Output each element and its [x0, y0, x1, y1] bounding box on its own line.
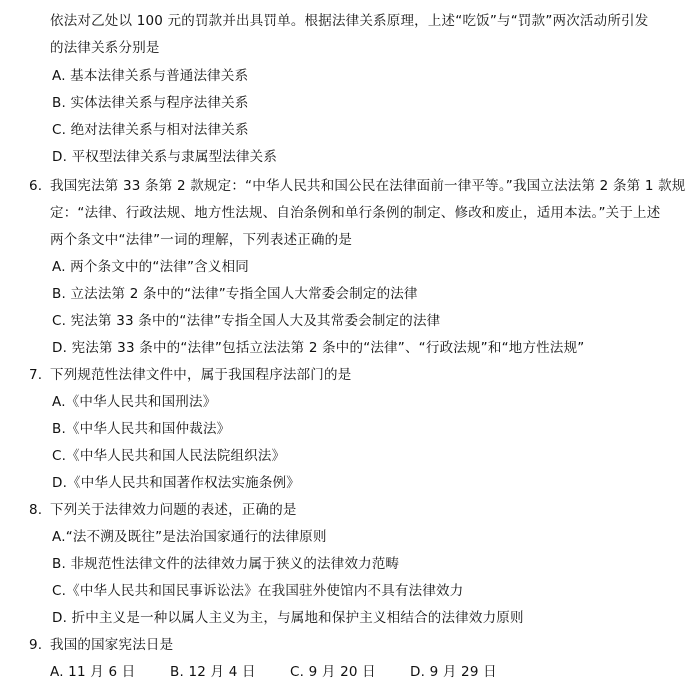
question-number: 6. — [29, 177, 42, 195]
option-d: D.《中华人民共和国著作权法实施条例》 — [52, 474, 300, 492]
option-c: C. 绝对法律关系与相对法律关系 — [52, 121, 249, 139]
option-b: B. 非规范性法律文件的法律效力属于狭义的法律效力范畴 — [52, 555, 399, 573]
question-number: 7. — [29, 366, 42, 384]
question-text-line: 定：“法律、行政法规、地方性法规、自治条例和单行条例的制定、修改和废止，适用本法… — [50, 204, 660, 222]
option-c: C. 宪法第 33 条中的“法律”专指全国人大及其常委会制定的法律 — [52, 312, 440, 330]
question-number: 8. — [29, 501, 42, 519]
option-a: A.《中华人民共和国刑法》 — [52, 393, 216, 411]
question-text-line: 的法律关系分别是 — [50, 39, 160, 57]
option-a: A. 两个条文中的“法律”含义相同 — [52, 258, 249, 276]
option-a: A. 11 月 6 日 — [50, 663, 135, 681]
option-b: B. 立法法第 2 条中的“法律”专指全国人大常委会制定的法律 — [52, 285, 418, 303]
option-c: C. 9 月 20 日 — [290, 663, 376, 681]
option-d: D. 9 月 29 日 — [410, 663, 497, 681]
question-text-line: 下列关于法律效力问题的表述，正确的是 — [50, 501, 297, 519]
option-d: D. 宪法第 33 条中的“法律”包括立法法第 2 条中的“法律”、“行政法规”… — [52, 339, 584, 357]
option-c: C.《中华人民共和国民事诉讼法》在我国驻外使馆内不具有法律效力 — [52, 582, 463, 600]
question-text-line: 我国的国家宪法日是 — [50, 636, 173, 654]
question-text-line: 两个条文中“法律”一词的理解，下列表述正确的是 — [50, 231, 352, 249]
option-b: B.《中华人民共和国仲裁法》 — [52, 420, 230, 438]
option-d: D. 折中主义是一种以属人主义为主，与属地和保护主义相结合的法律效力原则 — [52, 609, 524, 627]
option-a: A. 基本法律关系与普通法律关系 — [52, 67, 248, 85]
option-b: B. 实体法律关系与程序法律关系 — [52, 94, 249, 112]
option-c: C.《中华人民共和国人民法院组织法》 — [52, 447, 285, 465]
option-b: B. 12 月 4 日 — [170, 663, 256, 681]
option-d: D. 平权型法律关系与隶属型法律关系 — [52, 148, 277, 166]
question-text-line: 下列规范性法律文件中，属于我国程序法部门的是 — [50, 366, 351, 384]
question-number: 9. — [29, 636, 42, 654]
question-text-line: 我国宪法第 33 条第 2 款规定：“中华人民共和国公民在法律面前一律平等。”我… — [50, 177, 686, 195]
option-a: A.“法不溯及既往”是法治国家通行的法律原则 — [52, 528, 327, 546]
question-text-line: 依法对乙处以 100 元的罚款并出具罚单。根据法律关系原理，上述“吃饭”与“罚款… — [50, 12, 648, 30]
